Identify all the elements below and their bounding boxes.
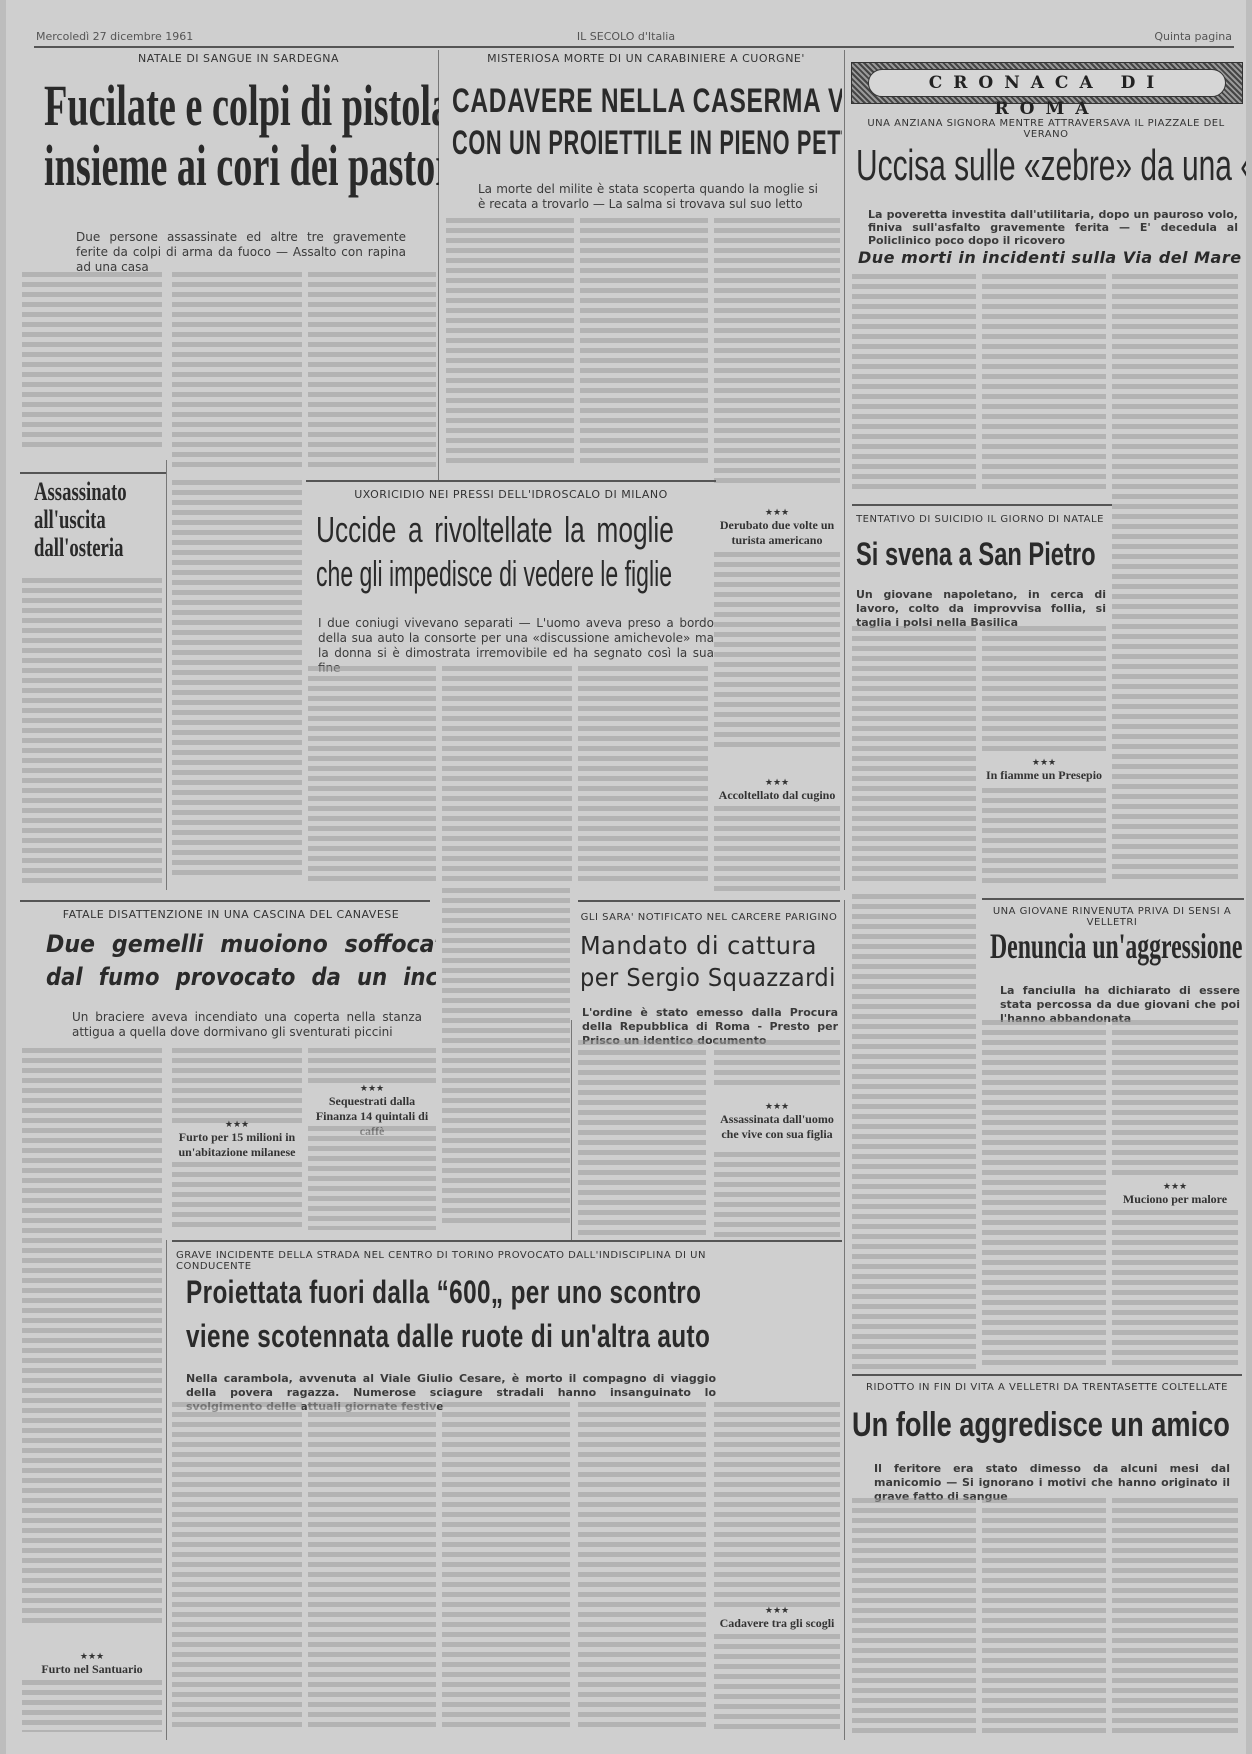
article-zebre-subhead: Due morti in incidenti sulla Via del Mar… — [858, 248, 1248, 267]
article-squazzardi-kicker: GLI SARA' NOTIFICATO NEL CARCERE PARIGIN… — [578, 912, 840, 923]
section-rule — [852, 1374, 1242, 1376]
article-body — [172, 1402, 302, 1732]
article-body — [1112, 274, 1238, 884]
article-squazzardi-headline: Mandato di cattura per Sergio Squazzardi — [580, 930, 842, 998]
masthead-page: Quinta pagina — [1154, 30, 1232, 43]
article-uxoricidio-headline: Uccide a rivoltellate la moglie che gli … — [316, 508, 716, 608]
column-rule — [166, 460, 167, 890]
article-body — [1112, 1498, 1238, 1734]
article-sanpietro-kicker: TENTATIVO DI SUICIDIO IL GIORNO DI NATAL… — [852, 514, 1108, 525]
masthead-title: IL SECOLO d'Italia — [6, 30, 1246, 43]
article-body — [442, 666, 572, 881]
separator-stars: ★★★ — [172, 1120, 302, 1130]
article-derubato-headline: Derubato due volte un turista americano — [714, 518, 840, 548]
article-body — [714, 218, 840, 488]
separator-stars: ★★★ — [714, 1606, 840, 1616]
article-carabiniere-deck: La morte del milite è stata scoperta qua… — [478, 182, 818, 212]
article-body — [714, 1634, 840, 1734]
article-body — [578, 666, 708, 881]
section-rule — [852, 504, 1112, 506]
article-zebre-deck: La poveretta investita dall'utilitaria, … — [868, 208, 1238, 247]
article-folle-kicker: RIDOTTO IN FIN DI VITA A VELLETRI DA TRE… — [852, 1382, 1242, 1393]
article-body — [22, 578, 162, 883]
article-body — [22, 272, 162, 452]
article-body — [578, 1040, 706, 1235]
section-rule — [982, 898, 1244, 900]
column-rule — [844, 50, 845, 890]
column-rule — [844, 900, 845, 1740]
article-body — [308, 272, 436, 472]
column-rule — [166, 1240, 167, 1740]
article-body — [446, 218, 574, 468]
article-body — [1112, 1210, 1238, 1370]
article-body — [22, 1680, 162, 1732]
article-body — [714, 1040, 840, 1090]
article-torino-headline: Proiettata fuori dalla “600„ per uno sco… — [186, 1270, 726, 1364]
article-body — [308, 1048, 436, 1088]
section-rule — [20, 472, 166, 474]
article-assassinata-headline: Assassinata dall'uomo che vive con sua f… — [714, 1112, 840, 1142]
article-body — [308, 1126, 436, 1230]
section-banner-title: CRONACA DI ROMA — [868, 69, 1226, 97]
article-folle-headline: Un folle aggredisce un amico — [852, 1402, 1246, 1452]
article-uxoricidio-kicker: UXORICIDIO NEI PRESSI DELL'IDROSCALO DI … — [306, 488, 716, 501]
article-body — [982, 1498, 1106, 1734]
article-velletri-headline: Denuncia un'aggressione — [990, 924, 1250, 972]
newspaper-page: Mercoledì 27 dicembre 1961 IL SECOLO d'I… — [6, 0, 1246, 1754]
article-carabiniere-kicker: MISTERIOSA MORTE DI UN CARABINIERE A CUO… — [456, 52, 836, 65]
article-sardegna-kicker: NATALE DI SANGUE IN SARDEGNA — [46, 52, 431, 65]
separator-stars: ★★★ — [308, 1084, 436, 1094]
article-gemelli-headline: Due gemelli muoiono soffocati dal fumo p… — [46, 928, 436, 1000]
article-body — [852, 1498, 976, 1734]
article-body — [982, 788, 1106, 888]
article-body — [714, 552, 840, 752]
article-body — [714, 806, 840, 891]
article-sardegna-deck: Due persone assassinate ed altre tre gra… — [76, 230, 406, 275]
article-body — [442, 888, 570, 1228]
separator-stars: ★★★ — [714, 1102, 840, 1112]
article-zebre-kicker: UNA ANZIANA SIGNORA MENTRE ATTRAVERSAVA … — [856, 118, 1236, 140]
article-body — [852, 274, 976, 494]
section-rule — [20, 900, 430, 902]
article-body — [1112, 1020, 1238, 1180]
article-body — [442, 1402, 570, 1732]
article-body — [982, 1020, 1106, 1370]
article-body — [578, 1402, 706, 1732]
article-body — [308, 666, 436, 881]
separator-stars: ★★★ — [714, 508, 840, 518]
separator-stars: ★★★ — [714, 778, 840, 788]
article-presepio-headline: In fiamme un Presepio — [982, 768, 1106, 783]
article-body — [714, 1152, 840, 1237]
article-body — [852, 626, 976, 886]
column-rule — [571, 1020, 572, 1240]
article-body — [852, 894, 976, 1369]
article-body — [580, 218, 708, 468]
article-body — [172, 480, 302, 880]
separator-stars: ★★★ — [1112, 1182, 1238, 1192]
article-torino-kicker: GRAVE INCIDENTE DELLA STRADA NEL CENTRO … — [172, 1250, 736, 1272]
article-body — [982, 626, 1106, 756]
article-osteria-headline: Assassinato all'uscita dall'osteria — [34, 478, 164, 568]
article-body — [308, 1402, 436, 1732]
article-santuario-headline: Furto nel Santuario — [22, 1662, 162, 1677]
masthead: Mercoledì 27 dicembre 1961 IL SECOLO d'I… — [6, 28, 1246, 46]
article-body — [172, 1048, 302, 1128]
section-rule — [306, 480, 716, 482]
separator-stars: ★★★ — [982, 758, 1106, 768]
article-sardegna-headline: Fucilate e colpi di pistola insieme ai c… — [44, 76, 439, 206]
article-body — [172, 272, 302, 472]
article-carabiniere-headline: CADAVERE NELLA CASERMA VUOTA CON UN PROI… — [452, 80, 842, 180]
article-body — [714, 1402, 840, 1612]
separator-stars: ★★★ — [22, 1652, 162, 1662]
article-zebre-headline: Uccisa sulle «zebre» da una «600» — [856, 140, 1246, 200]
article-sanpietro-deck: Un giovane napoletano, in cerca di lavor… — [856, 588, 1106, 630]
article-gemelli-deck: Un braciere aveva incendiato una coperta… — [72, 1010, 422, 1040]
article-furto-headline: Furto per 15 milioni in un'abitazione mi… — [172, 1130, 302, 1160]
article-body — [172, 1162, 302, 1230]
article-accoltellato-headline: Accoltellato dal cugino — [714, 788, 840, 803]
article-body — [982, 274, 1106, 494]
masthead-rule — [34, 46, 1234, 48]
article-gemelli-kicker: FATALE DISATTENZIONE IN UNA CASCINA DEL … — [36, 908, 426, 921]
section-rule — [578, 900, 840, 902]
article-body — [22, 1048, 162, 1628]
article-malore-headline: Muciono per malore — [1112, 1192, 1238, 1207]
section-banner: CRONACA DI ROMA — [851, 62, 1243, 104]
section-rule — [172, 1240, 842, 1242]
article-scogli-headline: Cadavere tra gli scogli — [714, 1616, 840, 1631]
article-sanpietro-headline: Si svena a San Pietro — [856, 534, 1112, 578]
